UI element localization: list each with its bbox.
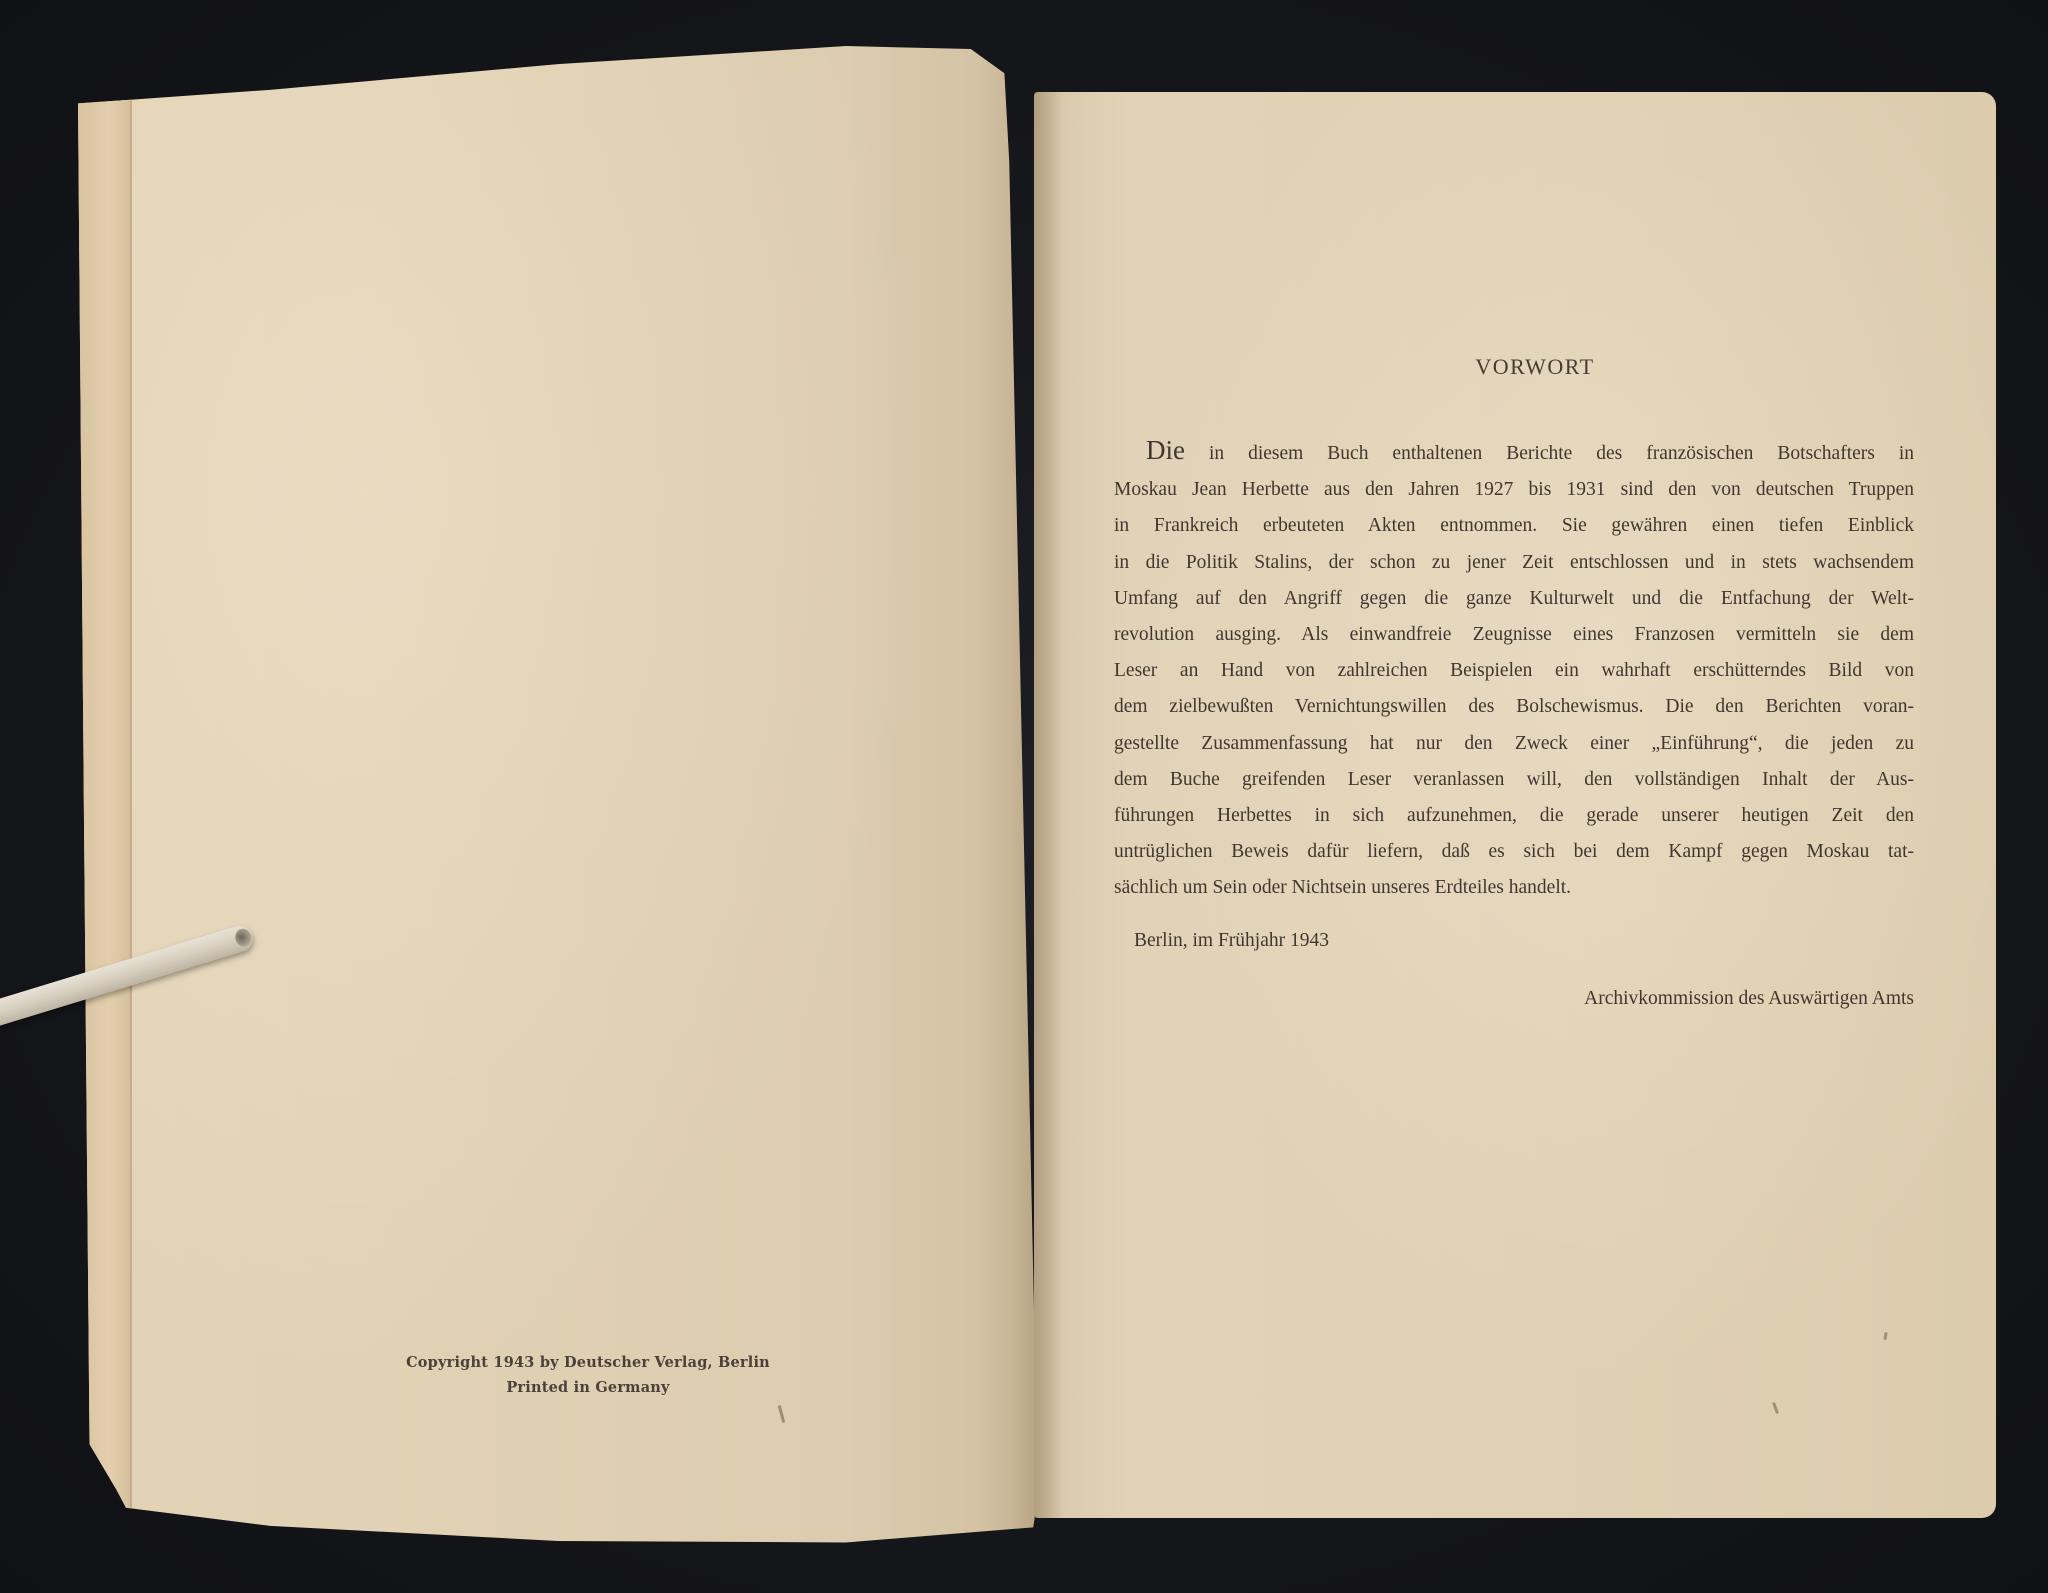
foreword-line: Leser an Hand von zahlreichen Beispielen… (1114, 653, 1914, 689)
foreword-paragraph: Die in diesem Buch enthaltenen Berichte … (1114, 432, 1914, 907)
foreword-line: sächlich um Sein oder Nichtsein unseres … (1114, 870, 1914, 906)
copyright-notice: Copyright 1943 by Deutscher Verlag, Berl… (78, 1350, 1038, 1400)
foreword-line: dem zielbewußten Vernichtungswillen des … (1114, 689, 1914, 725)
foreword-line: Moskau Jean Herbette aus den Jahren 1927… (1114, 472, 1914, 508)
paper-speck (1772, 1402, 1779, 1414)
right-gutter-shadow (1034, 92, 1064, 1518)
dropcap-word: Die (1146, 435, 1185, 465)
foreword-title: VORWORT (1034, 354, 1996, 380)
copyright-line: Copyright 1943 by Deutscher Verlag, Berl… (138, 1350, 1038, 1375)
foreword-line: untrüglichen Beweis dafür liefern, daß e… (1114, 834, 1914, 870)
signature: Archivkommission des Auswärtigen Amts (1584, 988, 1914, 1010)
foreword-line: Umfang auf den Angriff gegen die ganze K… (1114, 581, 1914, 617)
left-page: Copyright 1943 by Deutscher Verlag, Berl… (78, 40, 1038, 1550)
printed-in-line: Printed in Germany (138, 1375, 1038, 1400)
right-page: VORWORT Die in diesem Buch enthaltenen B… (1034, 92, 1996, 1518)
foreword-line: führungen Herbettes in sich aufzunehmen,… (1114, 798, 1914, 834)
foreword-line: dem Buche greifenden Leser veranlassen w… (1114, 762, 1914, 798)
foreword-line: in Frankreich erbeuteten Akten entnommen… (1114, 508, 1914, 544)
foreword-line: in die Politik Stalins, der schon zu jen… (1114, 545, 1914, 581)
paper-speck (1883, 1332, 1887, 1340)
place-date: Berlin, im Frühjahr 1943 (1134, 930, 1329, 952)
foreword-line: revolution ausging. Als einwandfreie Zeu… (1114, 617, 1914, 653)
foreword-line: gestellte Zusammenfassung hat nur den Zw… (1114, 726, 1914, 762)
foreword-line: Die in diesem Buch enthaltenen Berichte … (1114, 432, 1914, 472)
